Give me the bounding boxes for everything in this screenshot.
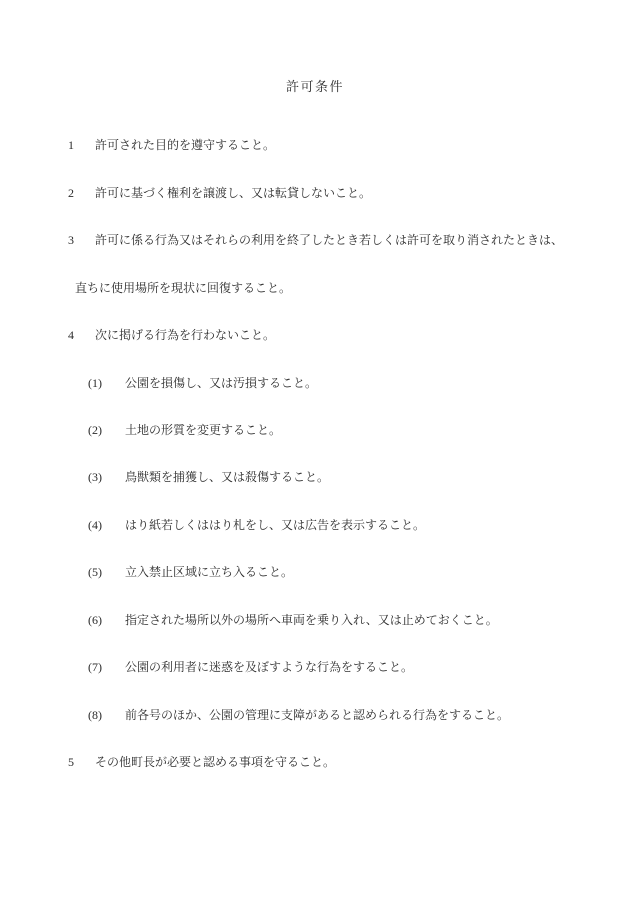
condition-subitem-8: (8)前各号のほか、公園の管理に支障があると認められる行為をすること。 xyxy=(88,708,509,723)
subitem-number: (2) xyxy=(88,423,125,438)
subitem-text: 土地の形質を変更すること。 xyxy=(125,423,281,437)
document-title: 許可条件 xyxy=(0,79,630,94)
condition-subitem-4: (4)はり紙若しくははり札をし、又は広告を表示すること。 xyxy=(88,518,425,533)
item-text: 許可に係る行為又はそれらの利用を終了したとき若しくは許可を取り消されたときは、 xyxy=(95,233,563,247)
document-page: 許可条件 1許可された目的を遵守すること。 2許可に基づく権利を譲渡し、又は転貸… xyxy=(0,0,630,915)
subitem-text: 公園の利用者に迷惑を及ぼすような行為をすること。 xyxy=(125,660,413,674)
item-text: 許可に基づく権利を譲渡し、又は転貸しないこと。 xyxy=(95,186,371,200)
condition-item-3-continuation: 直ちに使用場所を現状に回復すること。 xyxy=(75,281,291,296)
item-text: その他町長が必要と認める事項を守ること。 xyxy=(95,755,335,769)
subitem-number: (1) xyxy=(88,376,125,391)
condition-subitem-3: (3)鳥獣類を捕獲し、又は殺傷すること。 xyxy=(88,470,329,485)
condition-subitem-1: (1)公園を損傷し、又は汚損すること。 xyxy=(88,376,317,391)
subitem-number: (4) xyxy=(88,518,125,533)
subitem-text: はり紙若しくははり札をし、又は広告を表示すること。 xyxy=(125,518,425,532)
condition-subitem-2: (2)土地の形質を変更すること。 xyxy=(88,423,281,438)
subitem-text: 立入禁止区域に立ち入ること。 xyxy=(125,565,293,579)
condition-item-3: 3許可に係る行為又はそれらの利用を終了したとき若しくは許可を取り消されたときは、 xyxy=(68,233,563,248)
subitem-text: 公園を損傷し、又は汚損すること。 xyxy=(125,376,317,390)
item-text: 直ちに使用場所を現状に回復すること。 xyxy=(75,281,291,295)
item-number: 2 xyxy=(68,186,95,201)
item-number: 5 xyxy=(68,755,95,770)
condition-subitem-7: (7)公園の利用者に迷惑を及ぼすような行為をすること。 xyxy=(88,660,413,675)
condition-subitem-5: (5)立入禁止区域に立ち入ること。 xyxy=(88,565,293,580)
condition-item-4: 4次に掲げる行為を行わないこと。 xyxy=(68,328,275,343)
condition-subitem-6: (6)指定された場所以外の場所へ車両を乗り入れ、又は止めておくこと。 xyxy=(88,613,498,628)
subitem-number: (5) xyxy=(88,565,125,580)
subitem-number: (7) xyxy=(88,660,125,675)
condition-item-5: 5その他町長が必要と認める事項を守ること。 xyxy=(68,755,335,770)
condition-item-1: 1許可された目的を遵守すること。 xyxy=(68,138,275,153)
subitem-text: 指定された場所以外の場所へ車両を乗り入れ、又は止めておくこと。 xyxy=(125,613,498,627)
item-number: 4 xyxy=(68,328,95,343)
item-text: 許可された目的を遵守すること。 xyxy=(95,138,275,152)
subitem-number: (6) xyxy=(88,613,125,628)
subitem-number: (3) xyxy=(88,470,125,485)
item-number: 3 xyxy=(68,233,95,248)
condition-item-2: 2許可に基づく権利を譲渡し、又は転貸しないこと。 xyxy=(68,186,371,201)
item-text: 次に掲げる行為を行わないこと。 xyxy=(95,328,275,342)
item-number: 1 xyxy=(68,138,95,153)
subitem-text: 前各号のほか、公園の管理に支障があると認められる行為をすること。 xyxy=(125,708,509,722)
subitem-number: (8) xyxy=(88,708,125,723)
subitem-text: 鳥獣類を捕獲し、又は殺傷すること。 xyxy=(125,470,329,484)
